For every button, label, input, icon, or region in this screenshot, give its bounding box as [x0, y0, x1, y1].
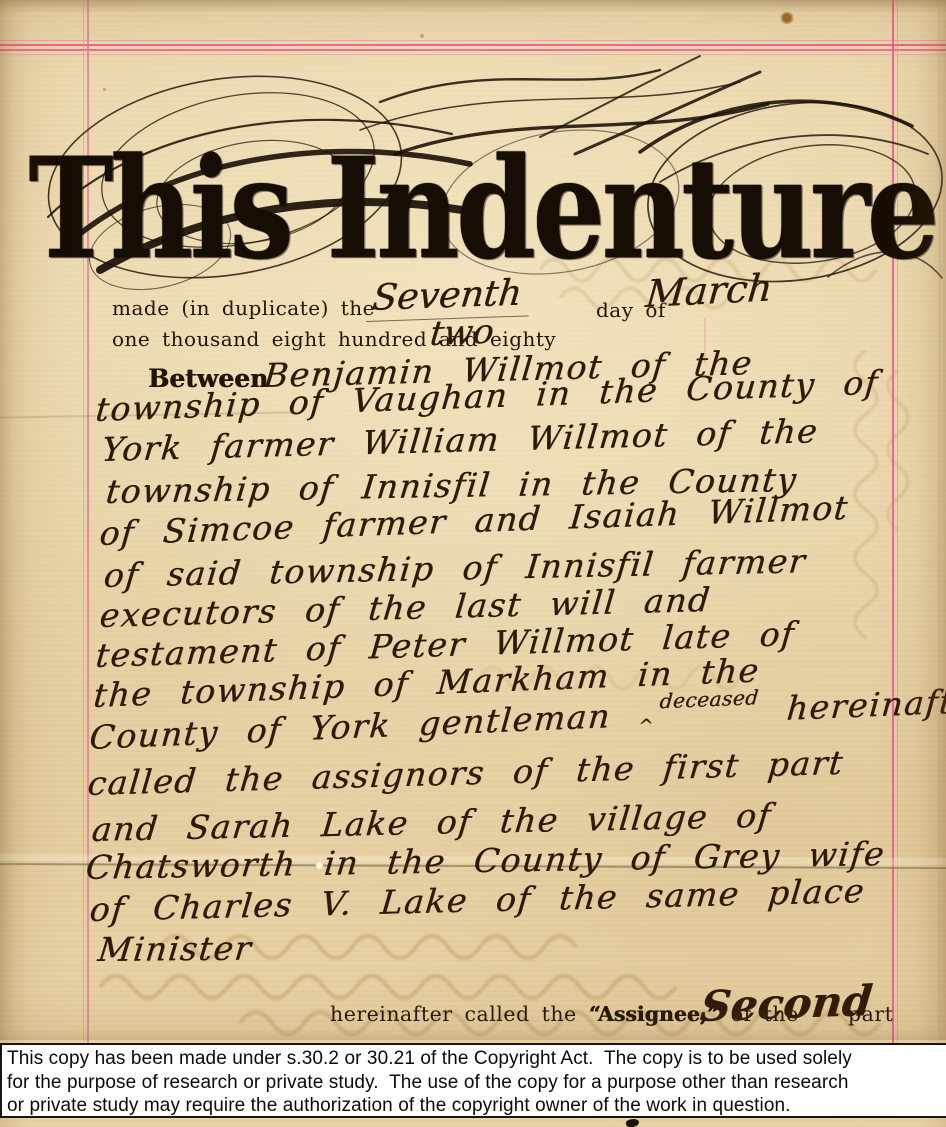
stain-spot: [420, 34, 424, 38]
body-line-text: hereinafter: [785, 680, 946, 728]
copyright-notice-bar: This copy has been made under s.30.2 or …: [0, 1043, 946, 1118]
insertion-caret: ^: [637, 715, 655, 737]
closing-suffix: part: [848, 1002, 893, 1026]
notice-line: for the purpose of research or private s…: [7, 1071, 946, 1095]
notice-line: This copy has been made under s.30.2 or …: [7, 1047, 946, 1071]
ruled-line-horizontal: [0, 40, 946, 41]
bottom-edge-ink-mark: [625, 1118, 639, 1127]
handwritten-month-value: March: [644, 265, 774, 316]
closing-prefix: hereinafter called the: [330, 1002, 577, 1026]
notice-line: or private study may require the authori…: [7, 1094, 946, 1118]
handwritten-year-value: two: [428, 312, 496, 354]
printed-date-prefix: made (in duplicate) the: [112, 296, 375, 320]
body-line: Minister: [96, 929, 254, 969]
stain-spot: [780, 12, 794, 24]
page-title: This Indenture: [28, 126, 917, 290]
indenture-document-scan: This Indenture made (in duplicate) the S…: [0, 0, 946, 1127]
inserted-word: deceased: [659, 685, 760, 713]
